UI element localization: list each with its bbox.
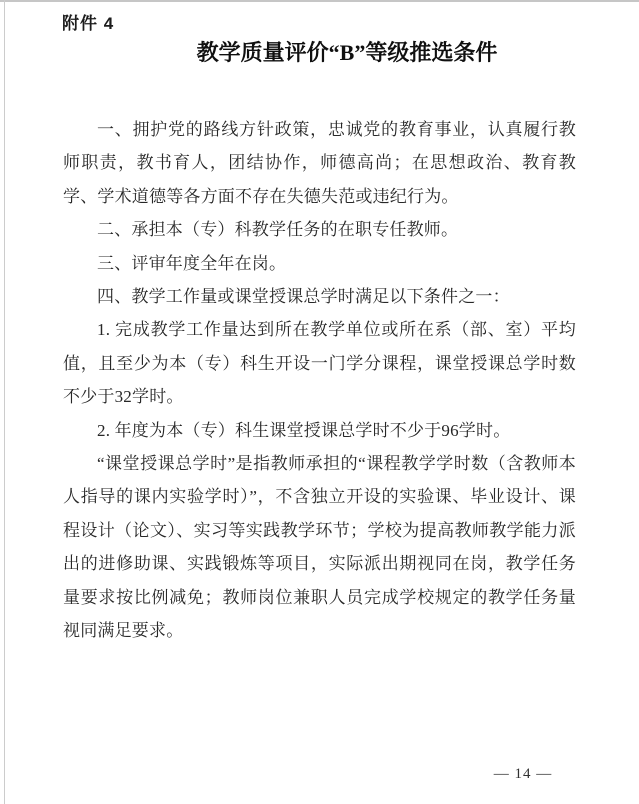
paragraph: 2. 年度为本（专）科生课堂授课总学时不少于96学时。 [63,414,576,447]
paragraph: 三、评审年度全年在岗。 [63,247,576,280]
page-top-edge [0,0,639,2]
document-page: 附件 4 教学质量评价“B”等级推选条件 一、拥护党的路线方针政策，忠诚党的教育… [0,0,639,804]
document-body: 一、拥护党的路线方针政策，忠诚党的教育事业，认真履行教师职责，教书育人，团结协作… [63,113,576,648]
paragraph: “课堂授课总学时”是指教师承担的“课程教学学时数（含教师本人指导的课内实验学时）… [63,447,576,647]
paragraph: 二、承担本（专）科教学任务的在职专任教师。 [63,213,576,246]
page-left-edge [4,0,5,804]
paragraph: 四、教学工作量或课堂授课总学时满足以下条件之一： [63,280,576,313]
paragraph: 1. 完成教学工作量达到所在教学单位或所在系（部、室）平均值，且至少为本（专）科… [63,313,576,413]
page-number: — 14 — [463,766,583,783]
document-title: 教学质量评价“B”等级推选条件 [90,38,604,68]
attachment-label: 附件 4 [62,9,114,34]
paragraph: 一、拥护党的路线方针政策，忠诚党的教育事业，认真履行教师职责，教书育人，团结协作… [63,113,576,213]
